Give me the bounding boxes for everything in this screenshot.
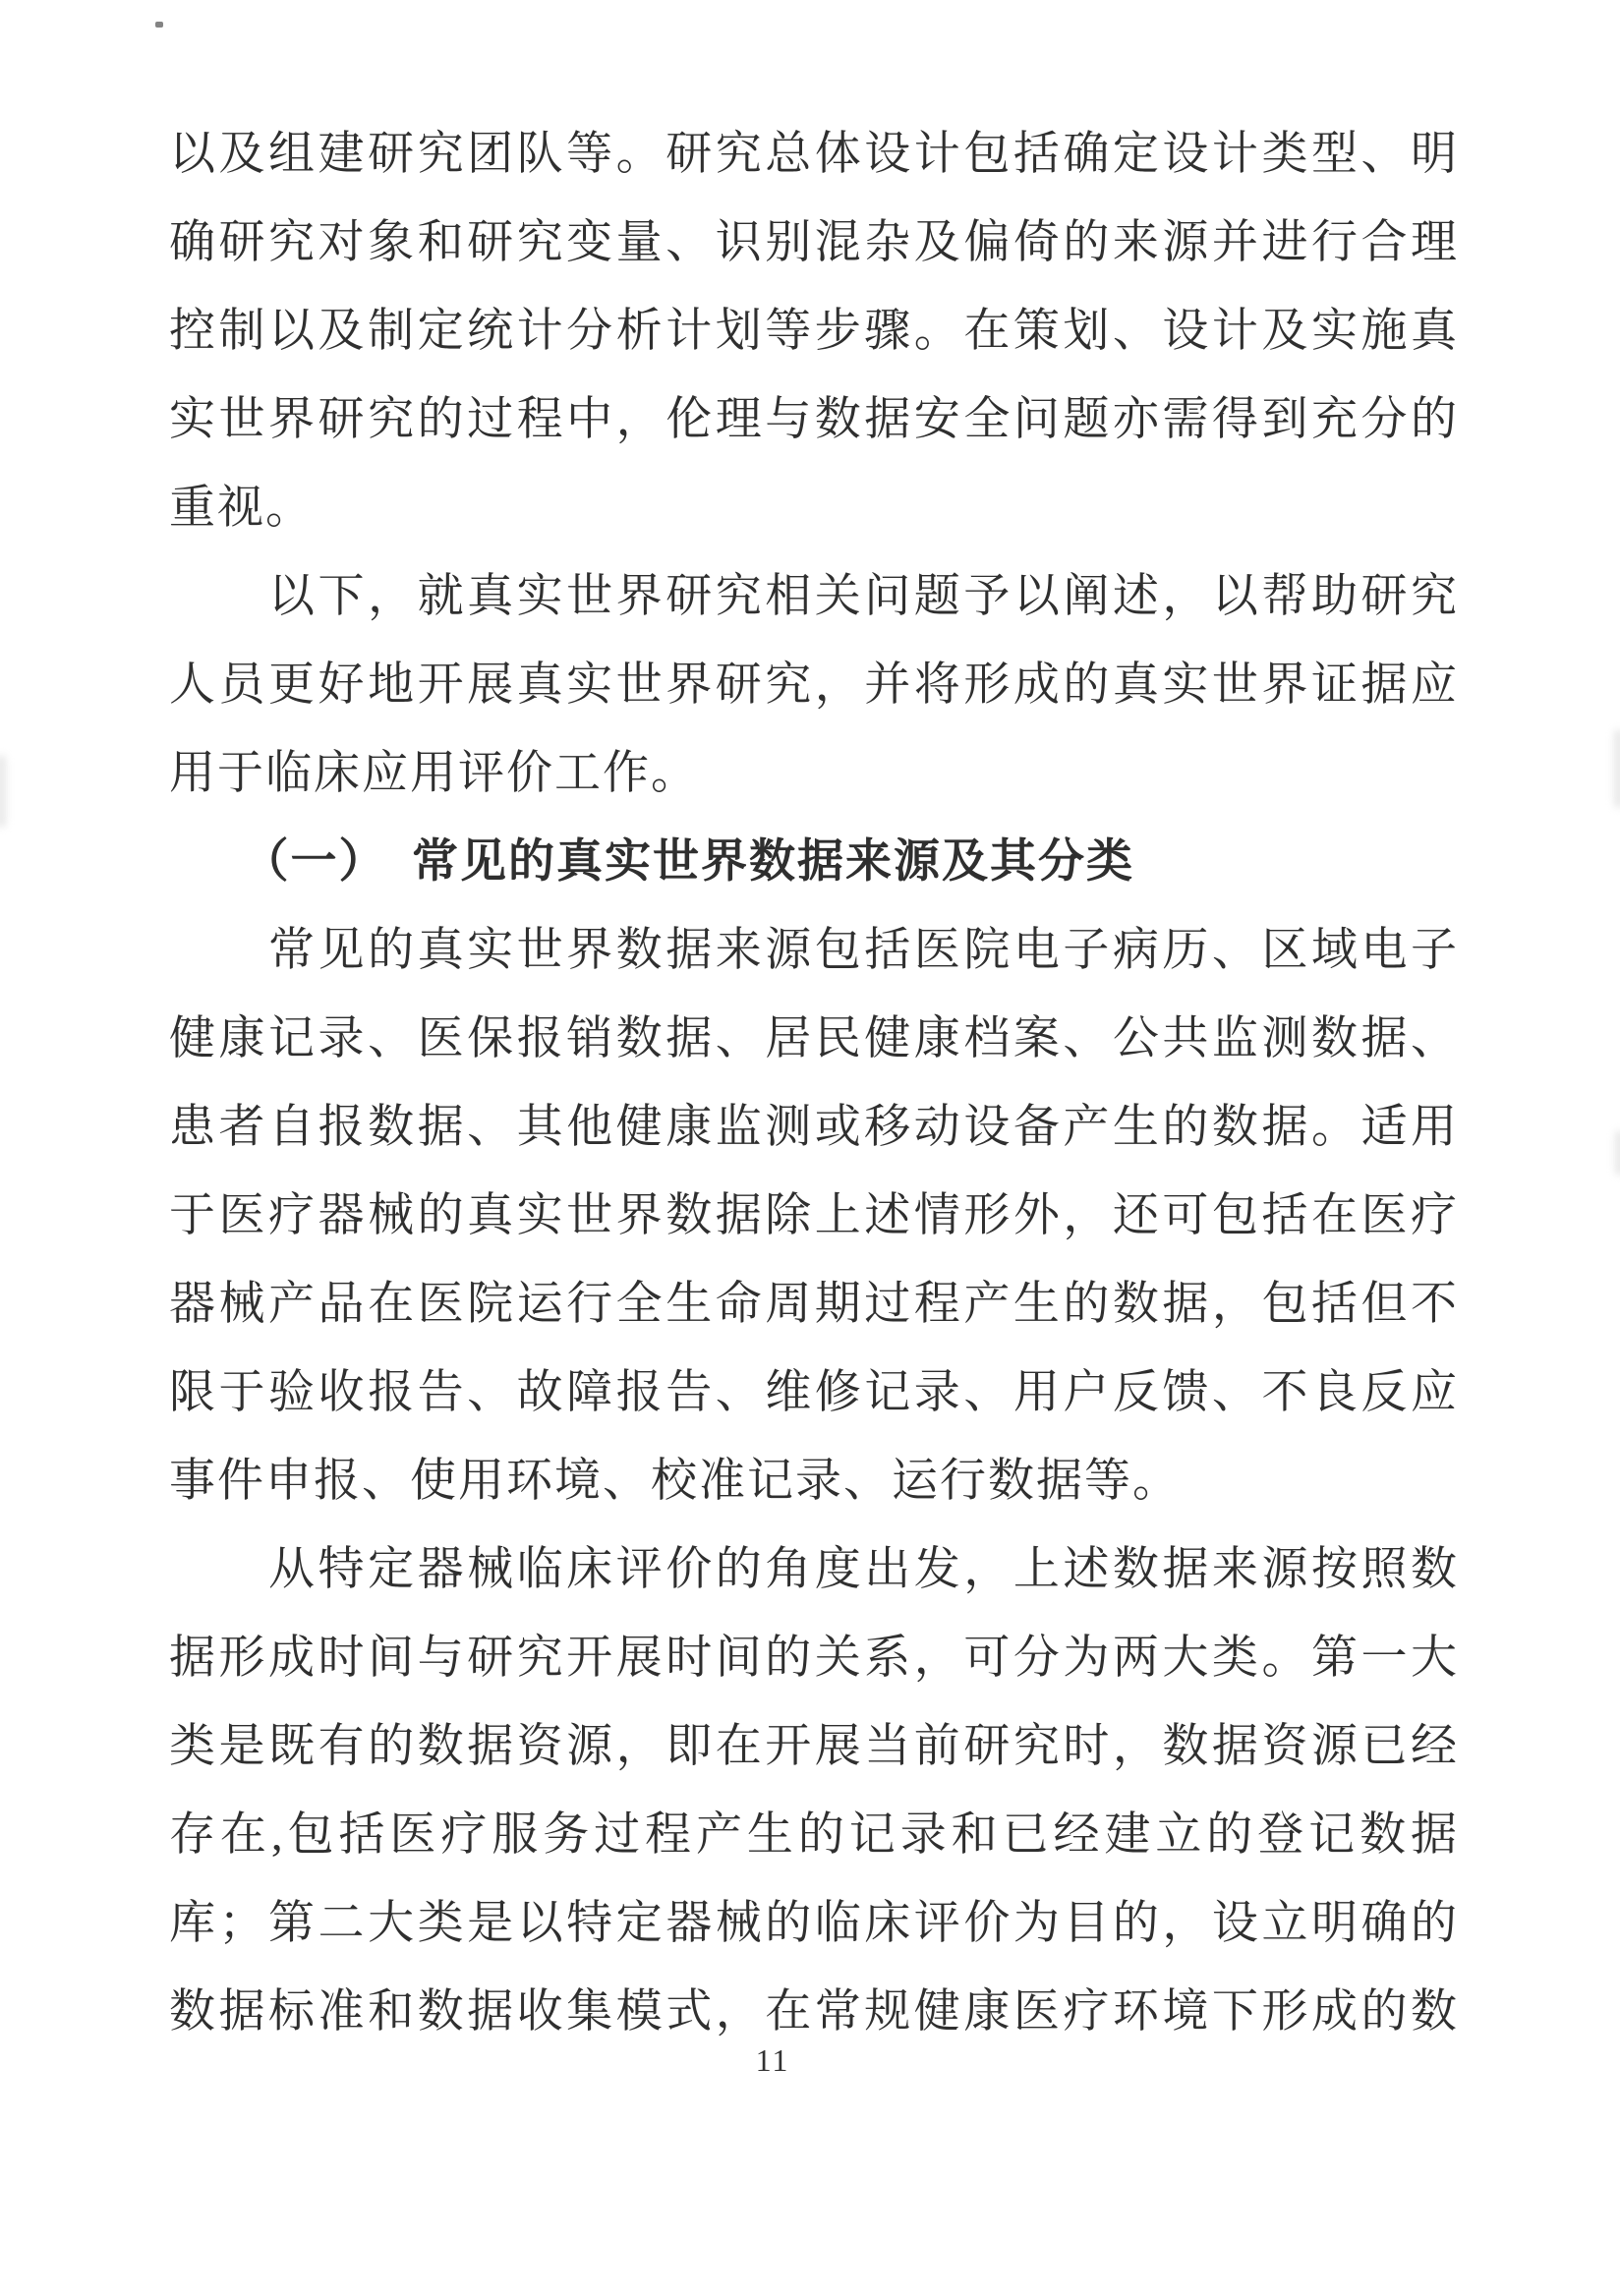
page-number: 11 (743, 2042, 802, 2079)
scan-smudge-right-lower (1615, 1130, 1620, 1176)
text-line: 据形成时间与研究开展时间的关系，可分为两大类。第一大 (169, 1614, 1459, 1702)
text-line: 数据标准和数据收集模式，在常规健康医疗环境下形成的数 (169, 1968, 1459, 2056)
text-block: 以及组建研究团队等。研究总体设计包括确定设计类型、明确研究对象和研究变量、识别混… (169, 110, 1459, 2056)
text-line: 重视。 (169, 464, 1459, 552)
section-heading: （一） 常见的真实世界数据来源及其分类 (169, 818, 1459, 906)
text-line: 事件申报、使用环境、校准记录、运行数据等。 (169, 1437, 1459, 1525)
text-line: 患者自报数据、其他健康监测或移动设备产生的数据。适用 (169, 1083, 1459, 1172)
text-line: 库；第二大类是以特定器械的临床评价为目的，设立明确的 (169, 1879, 1459, 1968)
text-line: 器械产品在医院运行全生命周期过程产生的数据，包括但不 (169, 1260, 1459, 1349)
scan-smudge-left (0, 755, 6, 828)
text-line: 限于验收报告、故障报告、维修记录、用户反馈、不良反应 (169, 1349, 1459, 1437)
text-line: 于医疗器械的真实世界数据除上述情形外，还可包括在医疗 (169, 1172, 1459, 1260)
text-line: 健康记录、医保报销数据、居民健康档案、公共监测数据、 (169, 995, 1459, 1083)
text-line: 存在,包括医疗服务过程产生的记录和已经建立的登记数据 (169, 1791, 1459, 1879)
text-line: 确研究对象和研究变量、识别混杂及偏倚的来源并进行合理 (169, 199, 1459, 287)
scan-artifact-dot (155, 22, 163, 28)
text-line: 人员更好地开展真实世界研究，并将形成的真实世界证据应 (169, 641, 1459, 729)
text-line: 以及组建研究团队等。研究总体设计包括确定设计类型、明 (169, 110, 1459, 199)
text-line: 类是既有的数据资源，即在开展当前研究时，数据资源已经 (169, 1702, 1459, 1791)
text-line: 以下，就真实世界研究相关问题予以阐述，以帮助研究 (169, 552, 1459, 641)
document-page: 以及组建研究团队等。研究总体设计包括确定设计类型、明确研究对象和研究变量、识别混… (0, 0, 1620, 2296)
text-line: 控制以及制定统计分析计划等步骤。在策划、设计及实施真 (169, 287, 1459, 375)
text-line: 实世界研究的过程中，伦理与数据安全问题亦需得到充分的 (169, 375, 1459, 464)
text-line: 从特定器械临床评价的角度出发，上述数据来源按照数 (169, 1525, 1459, 1614)
scan-smudge-right (1614, 729, 1620, 808)
text-line: 用于临床应用评价工作。 (169, 729, 1459, 818)
text-line: 常见的真实世界数据来源包括医院电子病历、区域电子 (169, 906, 1459, 995)
